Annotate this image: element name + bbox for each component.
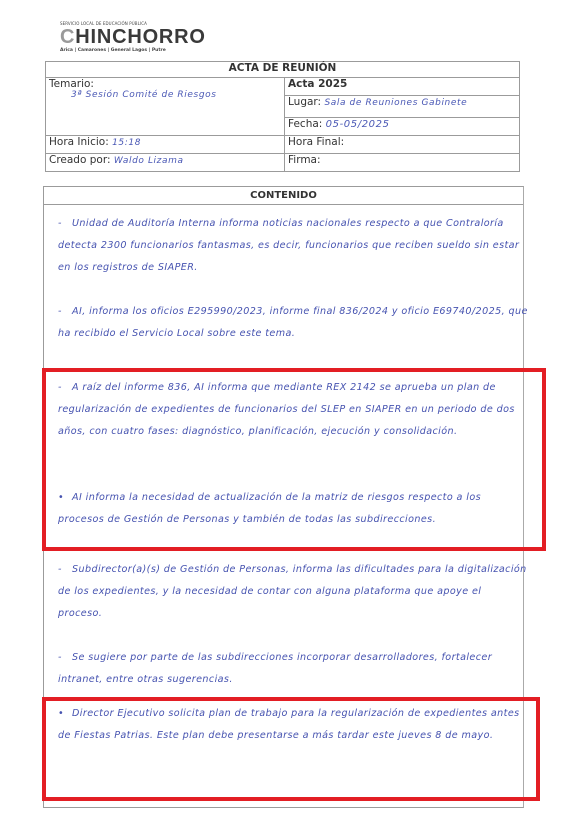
- slep-chinchorro-logo: SERVICIO LOCAL DE EDUCACIÓN PÚBLICA CHIN…: [60, 21, 206, 53]
- bullet-dash: -: [58, 213, 72, 235]
- content-item-text: AI, informa los oficios E295990/2023, in…: [58, 306, 528, 339]
- creado-por-label: Creado por:: [49, 154, 111, 166]
- temario-label: Temario:: [49, 78, 281, 90]
- content-item: -AI, informa los oficios E295990/2023, i…: [58, 301, 528, 345]
- lugar-cell: Lugar: Sala de Reuniones Gabinete: [285, 96, 520, 118]
- fecha-label: Fecha:: [288, 118, 322, 130]
- lugar-value: Sala de Reuniones Gabinete: [324, 98, 467, 108]
- bullet-dash: -: [58, 301, 72, 323]
- logo-brand-initial: C: [60, 26, 75, 48]
- hora-final-label: Hora Final:: [288, 136, 344, 148]
- fecha-cell: Fecha: 05-05/2025: [285, 118, 520, 136]
- logo-brand: CHINCHORRO: [60, 27, 206, 47]
- content-item: -Subdirector(a)(s) de Gestión de Persona…: [58, 559, 528, 625]
- firma-cell: Firma:: [285, 154, 520, 172]
- highlight-box-1: [42, 368, 546, 551]
- content-item-text: Unidad de Auditoría Interna informa noti…: [58, 218, 519, 273]
- hora-inicio-label: Hora Inicio:: [49, 136, 109, 148]
- hora-inicio-value: 15:18: [112, 138, 141, 148]
- creado-por-cell: Creado por: Waldo Lizama: [46, 154, 285, 172]
- logo-sub-line: Arica | Camarones | General Lagos | Putr…: [60, 48, 206, 53]
- document-title: ACTA DE REUNIÓN: [46, 62, 520, 78]
- hora-final-cell: Hora Final:: [285, 136, 520, 154]
- bullet-dash: -: [58, 559, 72, 581]
- content-title: CONTENIDO: [44, 187, 523, 205]
- lugar-label: Lugar:: [288, 96, 321, 108]
- acta-number: Acta 2025: [285, 78, 520, 96]
- content-item-text: Subdirector(a)(s) de Gestión de Personas…: [58, 564, 527, 619]
- content-item: -Unidad de Auditoría Interna informa not…: [58, 213, 528, 279]
- bullet-dash: -: [58, 647, 72, 669]
- highlight-box-2: [42, 697, 540, 801]
- fecha-value: 05-05/2025: [326, 119, 390, 130]
- temario-value: 3ª Sesión Comité de Riesgos: [49, 90, 281, 100]
- temario-cell: Temario: 3ª Sesión Comité de Riesgos: [46, 78, 285, 136]
- firma-label: Firma:: [288, 154, 321, 166]
- content-item-text: Se sugiere por parte de las subdireccion…: [58, 652, 492, 685]
- logo-brand-rest: HINCHORRO: [75, 26, 206, 48]
- hora-inicio-cell: Hora Inicio: 15:18: [46, 136, 285, 154]
- meeting-header-table: ACTA DE REUNIÓN Temario: 3ª Sesión Comit…: [45, 61, 520, 172]
- creado-por-value: Waldo Lizama: [114, 156, 184, 166]
- content-item: -Se sugiere por parte de las subdireccio…: [58, 647, 528, 691]
